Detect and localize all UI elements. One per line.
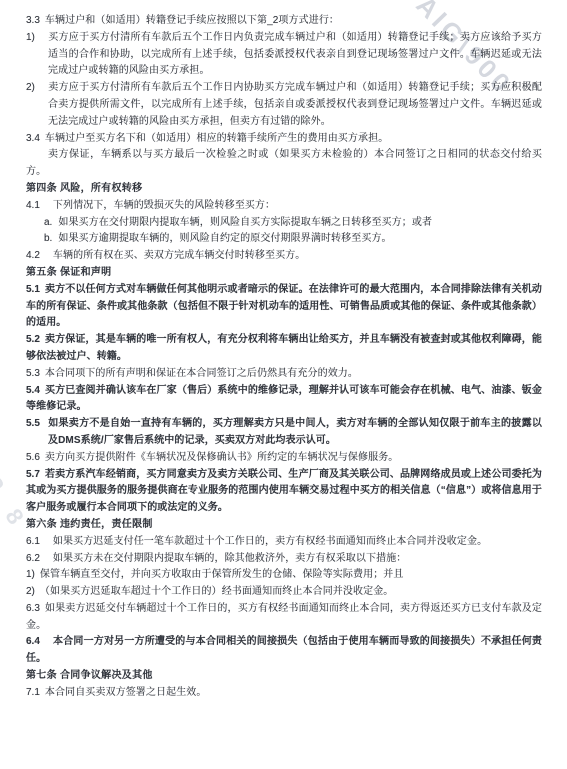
clause-6-2-item-1-text: 保管车辆直至交付，并向买方收取由于保管所发生的仓储、保险等实际费用；并且	[40, 569, 404, 580]
clause-5-7-number: 5.7	[26, 469, 40, 480]
clause-5-7: 5.7若卖方系汽车经销商，买方同意卖方及卖方关联公司、生产厂商及其关联公司、品牌…	[26, 467, 542, 517]
clause-4-1-sub-b-text: 如果买方逾期提取车辆的，则风险自约定的原交付期限界满时转移至买方。	[58, 233, 391, 244]
clause-5-5: 5.5如果卖方不是自始一直持有车辆的，买方理解卖方只是中间人，卖方对车辆的全部认…	[26, 416, 542, 450]
clause-4-2: 4.2车辆的所有权在买、卖双方完成车辆交付时转移至买方。	[26, 248, 542, 265]
section-4-heading: 第四条 风险，所有权转移	[26, 181, 542, 198]
clause-6-2-item-2-number: 2)	[26, 586, 35, 597]
clause-3-3-item-1-number: 1)	[26, 30, 48, 47]
section-5-heading: 第五条 保证和声明	[26, 265, 542, 282]
contract-page: 3.3车辆过户和（如适用）转籍登记手续应按照以下第_2项方式进行：1)买方应于买…	[26, 13, 542, 702]
clause-5-5-text: 如果卖方不是自始一直持有车辆的，买方理解卖方只是中间人，卖方对车辆的全部认知仅限…	[48, 418, 542, 446]
clause-3-4-continuation-text: 卖方保证，车辆系以与买方最后一次检验之时或（如果买方未检验的）本合同签订之日相同…	[26, 149, 542, 177]
section-7-heading-text: 第七条 合同争议解决及其他	[26, 670, 153, 681]
clause-5-3-text: 本合同项下的所有声明和保证在本合同签订之后仍然具有充分的效力。	[45, 368, 358, 379]
clause-5-3-number: 5.3	[26, 368, 40, 379]
clause-6-2-item-1: 1)保管车辆直至交付，并向买方收取由于保管所发生的仓储、保险等实际费用；并且	[26, 567, 542, 584]
clause-5-6: 5.6卖方向买方提供附件《车辆状况及保修确认书》所约定的车辆状况与保修服务。	[26, 450, 542, 467]
clause-6-1-text: 如果买方迟延支付任一笔车款超过十个工作日的，卖方有权经书面通知而终止本合同并没收…	[53, 536, 487, 547]
clause-6-1: 6.1如果买方迟延支付任一笔车款超过十个工作日的，卖方有权经书面通知而终止本合同…	[26, 534, 542, 551]
clause-7-1: 7.1本合同自买卖双方签署之日起生效。	[26, 685, 542, 702]
clause-6-2-text: 如果买方未在交付期限内提取车辆的，除其他救济外，卖方有权采取以下措施：	[53, 553, 407, 564]
clause-3-3-item-2-number: 2)	[26, 80, 48, 97]
clause-6-3: 6.3如果卖方迟延交付车辆超过十个工作日的，买方有权经书面通知而终止本合同，卖方…	[26, 601, 542, 635]
section-5-heading-text: 第五条 保证和声明	[26, 267, 111, 278]
clause-6-2-item-1-number: 1)	[26, 569, 35, 580]
clause-3-3-item-2-text: 卖方应于买方付清所有车款后五个工作日内协助买方完成车辆过户和（如适用）转籍登记手…	[48, 82, 542, 127]
clause-5-3: 5.3本合同项下的所有声明和保证在本合同签订之后仍然具有充分的效力。	[26, 366, 542, 383]
clause-6-1-number: 6.1	[26, 536, 40, 547]
section-4-heading-text: 第四条 风险，所有权转移	[26, 183, 142, 194]
clause-5-6-number: 5.6	[26, 452, 40, 463]
clause-4-1-number: 4.1	[26, 200, 40, 211]
clause-4-1-sub-a-text: 如果买方在交付期限内提取车辆，则风险自买方实际提取车辆之日转移至买方；或者	[58, 217, 432, 228]
clause-5-6-text: 卖方向买方提供附件《车辆状况及保修确认书》所约定的车辆状况与保修服务。	[45, 452, 399, 463]
clause-4-1-sub-a-number: a.	[44, 217, 52, 228]
clause-3-3-number: 3.3	[26, 15, 40, 26]
clause-4-1-sub-b-number: b.	[44, 233, 52, 244]
clause-5-1-text: 卖方不以任何方式对车辆做任何其他明示或者暗示的保证。在法律许可的最大范围内，本合…	[26, 284, 542, 329]
clause-4-1-sub-b: b.如果买方逾期提取车辆的，则风险自约定的原交付期限界满时转移至买方。	[26, 231, 542, 248]
clause-3-4-number: 3.4	[26, 133, 40, 144]
clause-4-2-text: 车辆的所有权在买、卖双方完成车辆交付时转移至买方。	[53, 250, 306, 261]
clause-3-3: 3.3车辆过户和（如适用）转籍登记手续应按照以下第_2项方式进行：	[26, 13, 542, 30]
clause-7-1-number: 7.1	[26, 687, 40, 698]
clause-3-3-item-1: 1)买方应于买方付清所有车款后五个工作日内负责完成车辆过户和（如适用）转籍登记手…	[26, 30, 542, 80]
clause-6-2: 6.2如果买方未在交付期限内提取车辆的，除其他救济外，卖方有权采取以下措施：	[26, 551, 542, 568]
clause-5-2: 5.2卖方保证，其是车辆的唯一所有权人，有充分权利将车辆出让给买方，并且车辆没有…	[26, 332, 542, 366]
section-6-heading-text: 第六条 违约责任，责任限制	[26, 519, 153, 530]
clause-5-4: 5.4买方已查阅并确认该车在厂家（售后）系统中的维修记录，理解并认可该车可能会存…	[26, 383, 542, 417]
clause-5-7-text: 若卖方系汽车经销商，买方同意卖方及卖方关联公司、生产厂商及其关联公司、品牌网络成…	[26, 469, 542, 514]
clause-3-3-text: 车辆过户和（如适用）转籍登记手续应按照以下第_2项方式进行：	[45, 15, 339, 26]
clause-6-2-item-2: 2)（如果买方迟延取车超过十个工作日的）经书面通知而终止本合同并没收定金。	[26, 584, 542, 601]
clause-4-2-number: 4.2	[26, 250, 40, 261]
clause-4-1: 4.1下列情况下，车辆的毁损灭失的风险转移至买方：	[26, 198, 542, 215]
clause-5-1: 5.1卖方不以任何方式对车辆做任何其他明示或者暗示的保证。在法律许可的最大范围内…	[26, 282, 542, 332]
clause-3-4: 3.4车辆过户至买方名下和（如适用）相应的转籍手续所产生的费用由买方承担。	[26, 131, 542, 148]
clause-5-2-text: 卖方保证，其是车辆的唯一所有权人，有充分权利将车辆出让给买方，并且车辆没有被查封…	[26, 334, 542, 362]
clause-5-4-number: 5.4	[26, 385, 40, 396]
clause-7-1-text: 本合同自买卖双方签署之日起生效。	[45, 687, 207, 698]
clause-4-1-text: 下列情况下，车辆的毁损灭失的风险转移至买方：	[53, 200, 275, 211]
clause-6-3-text: 如果卖方迟延交付车辆超过十个工作日的，买方有权经书面通知而终止本合同，卖方得返还…	[26, 603, 542, 631]
clause-3-4-text: 车辆过户至买方名下和（如适用）相应的转籍手续所产生的费用由买方承担。	[45, 133, 388, 144]
clause-6-2-number: 6.2	[26, 553, 40, 564]
clause-3-4-continuation: 卖方保证，车辆系以与买方最后一次检验之时或（如果买方未检验的）本合同签订之日相同…	[26, 147, 542, 181]
clause-3-3-item-1-text: 买方应于买方付清所有车款后五个工作日内负责完成车辆过户和（如适用）转籍登记手续；…	[48, 32, 542, 77]
clause-6-2-item-2-text: （如果买方迟延取车超过十个工作日的）经书面通知而终止本合同并没收定金。	[40, 586, 394, 597]
clause-6-3-number: 6.3	[26, 603, 40, 614]
clause-4-1-sub-a: a.如果买方在交付期限内提取车辆，则风险自买方实际提取车辆之日转移至买方；或者	[26, 215, 542, 232]
section-6-heading: 第六条 违约责任，责任限制	[26, 517, 542, 534]
clause-3-3-item-2: 2)卖方应于买方付清所有车款后五个工作日内协助买方完成车辆过户和（如适用）转籍登…	[26, 80, 542, 130]
clause-5-1-number: 5.1	[26, 284, 40, 295]
clause-5-5-number: 5.5	[26, 416, 48, 433]
clause-5-2-number: 5.2	[26, 334, 40, 345]
clause-6-4-number: 6.4	[26, 636, 40, 647]
section-7-heading: 第七条 合同争议解决及其他	[26, 668, 542, 685]
clause-6-4: 6.4本合同一方对另一方所遭受的与本合同相关的间接损失（包括由于使用车辆而导致的…	[26, 634, 542, 668]
clause-6-4-text: 本合同一方对另一方所遭受的与本合同相关的间接损失（包括由于使用车辆而导致的间接损…	[26, 636, 542, 664]
clause-5-4-text: 买方已查阅并确认该车在厂家（售后）系统中的维修记录，理解并认可该车可能会存在机械…	[26, 385, 542, 413]
